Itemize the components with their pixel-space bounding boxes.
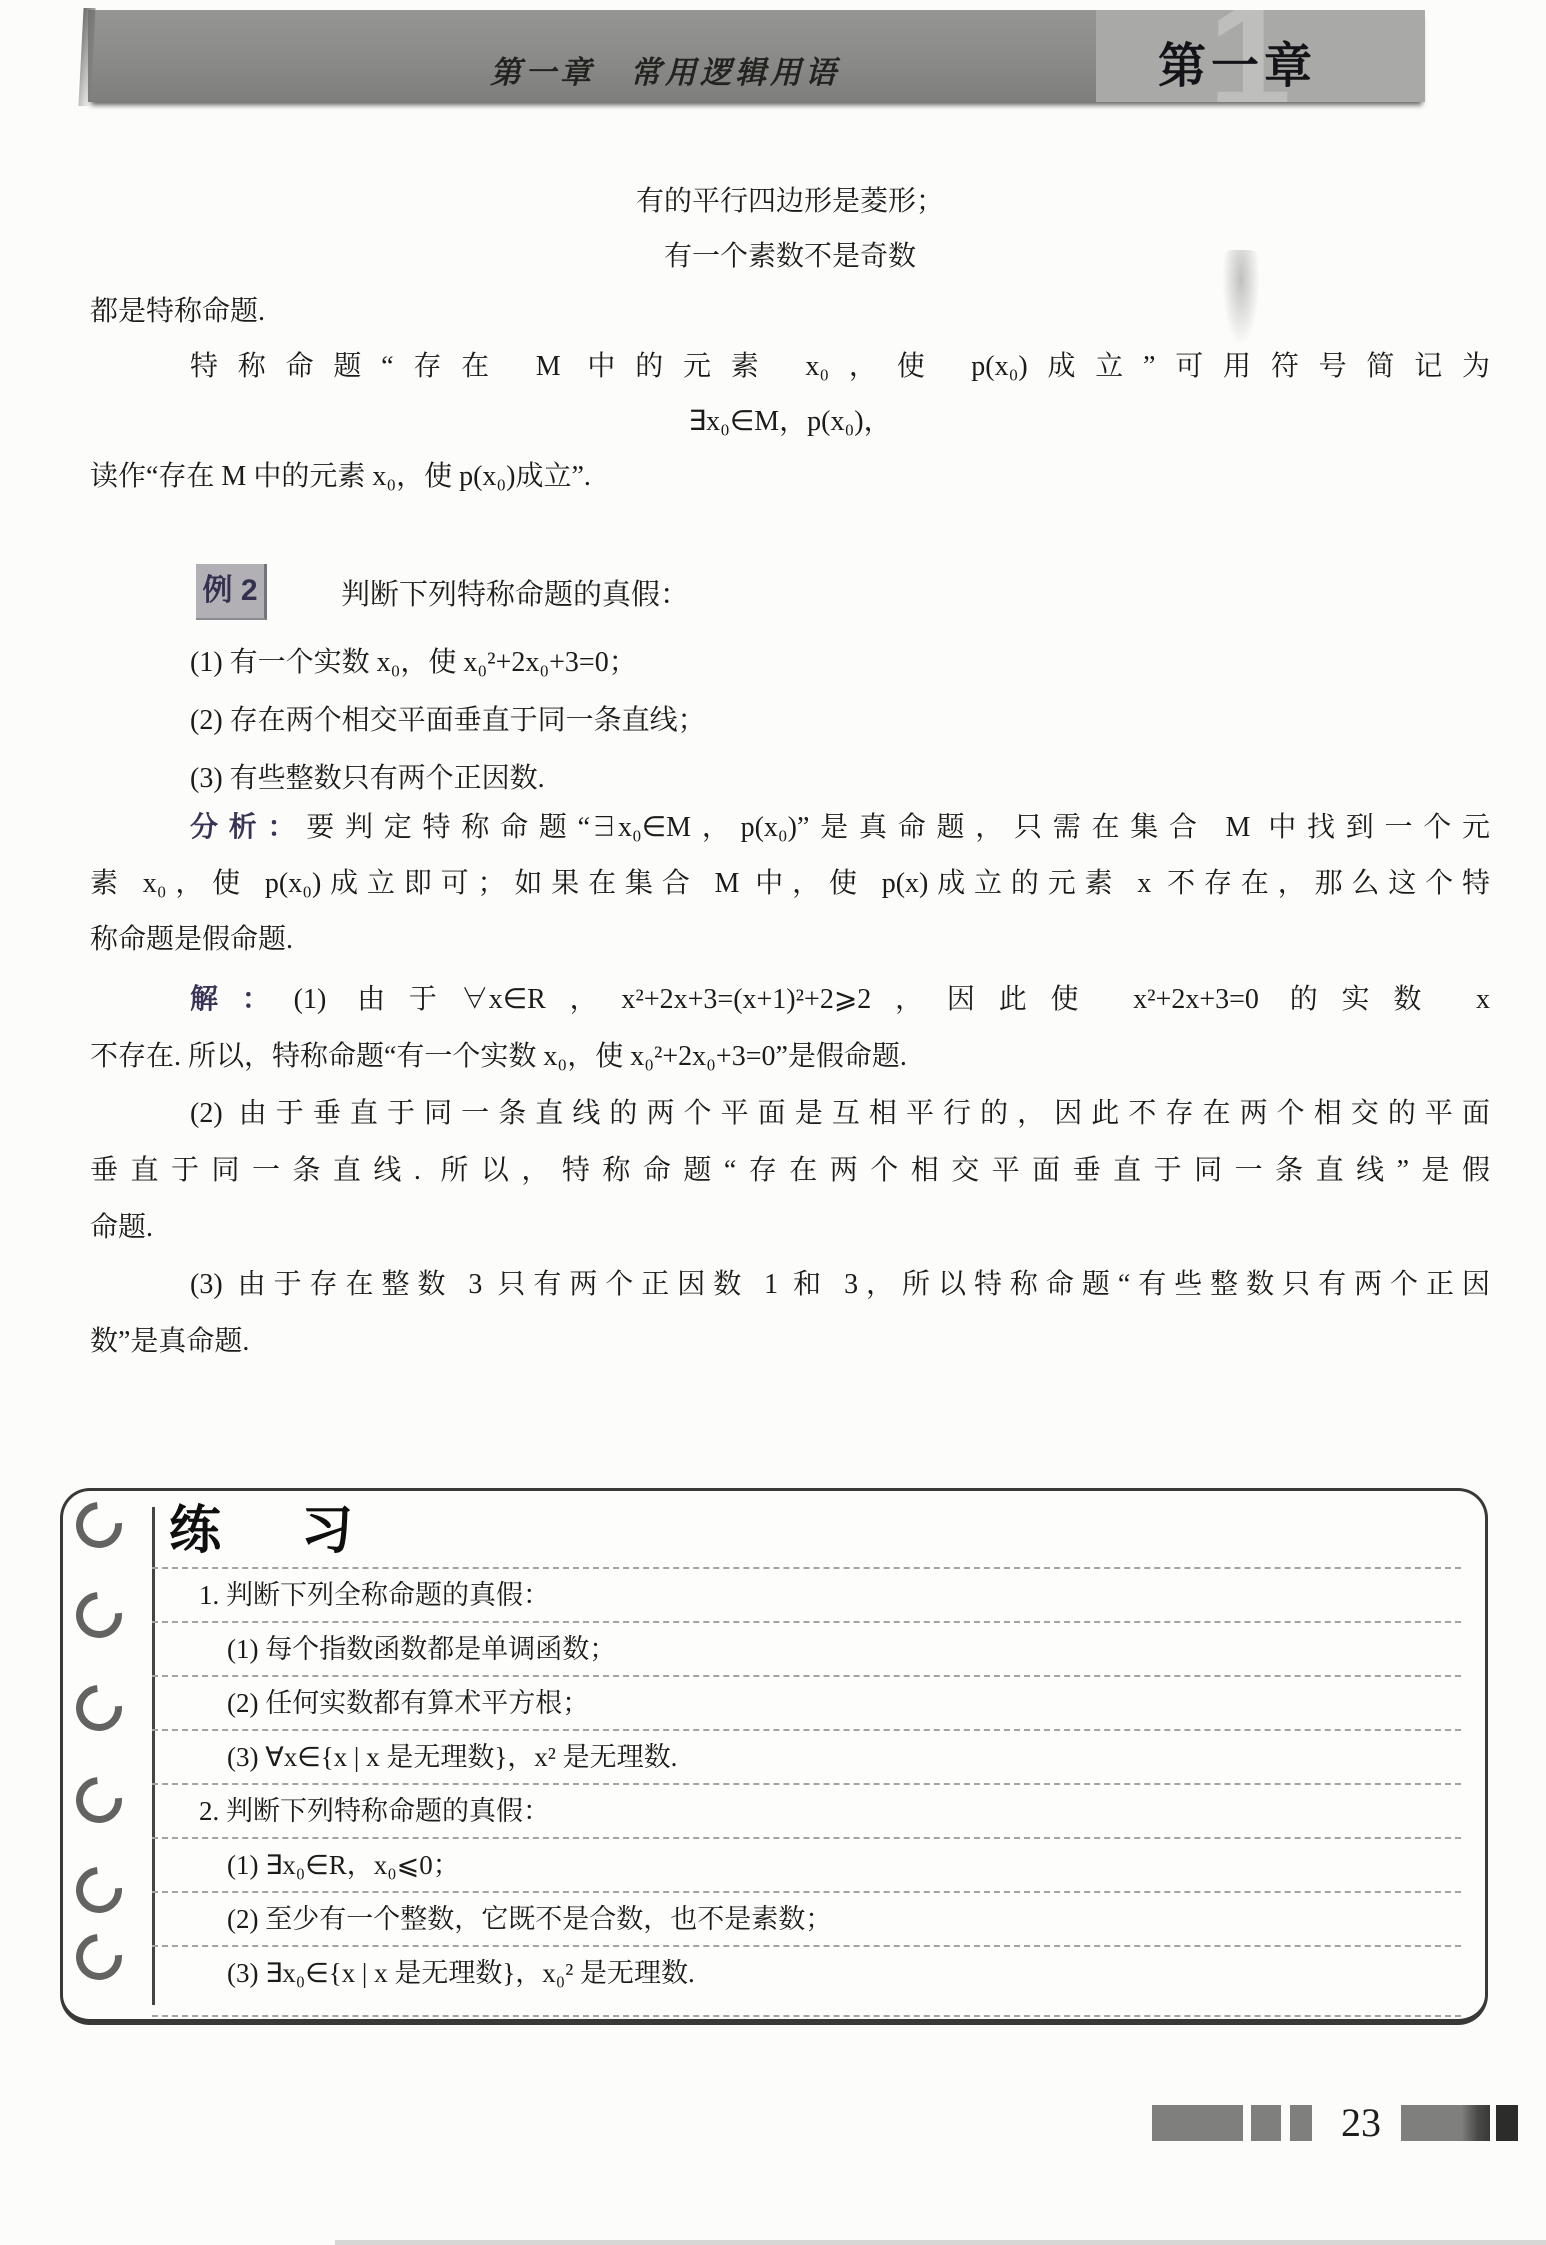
example-item-2: (2) 存在两个相交平面垂直于同一条直线； — [190, 692, 706, 750]
practice-margin-rule — [152, 1507, 155, 2005]
analysis-line-1: 分析：要判定特称命题“∃x₀∈M，p(x₀)”是真命题，只需在集合 M 中找到一… — [90, 800, 1490, 856]
footer-bar — [1496, 2105, 1518, 2141]
practice-row: (3) ∃x₀∈{x | x 是无理数}，x₀² 是无理数. — [169, 1947, 1461, 1999]
scan-edge-artifact — [335, 2240, 1546, 2245]
solution-line-3: (2) 由于垂直于同一条直线的两个平面是互相平行的，因此不存在两个相交的平面 — [90, 1085, 1490, 1142]
intro-paragraph: 有的平行四边形是菱形； 有一个素数不是奇数 都是特称命题. 特称命题“存在 M … — [90, 174, 1490, 504]
binder-hole-icon — [67, 1493, 132, 1558]
solution-text-1: (1) 由于∀x∈R，x²+2x+3=(x+1)²+2⩾2，因此使 x²+2x+… — [294, 984, 1490, 1015]
footer-bar — [1290, 2105, 1312, 2141]
solution-label: 解： — [190, 984, 294, 1015]
practice-row: (1) ∃x₀∈R，x₀⩽0； — [169, 1839, 1461, 1891]
centered-statement-2: 有一个素数不是奇数 — [90, 229, 1490, 284]
footer-bar — [1401, 2105, 1490, 2141]
intro-read-as: 读作“存在 M 中的元素 x₀，使 p(x₀)成立”. — [90, 449, 1490, 504]
analysis-label: 分析： — [190, 812, 306, 843]
practice-row: (2) 任何实数都有算术平方根； — [169, 1677, 1461, 1729]
chapter-tab: 1 第一章 — [1096, 10, 1425, 102]
practice-row: (3) ∀x∈{x | x 是无理数}，x² 是无理数. — [169, 1731, 1461, 1783]
symbolic-formula: ∃x₀∈M，p(x₀)， — [90, 394, 1490, 449]
solution-line-2: 不存在. 所以，特称命题“有一个实数 x₀，使 x₀²+2x₀+3=0”是假命题… — [90, 1028, 1490, 1085]
solution-line-6: (3) 由于存在整数 3 只有两个正因数 1 和 3，所以特称命题“有些整数只有… — [90, 1256, 1490, 1313]
practice-content: 练 习 1. 判断下列全称命题的真假： (1) 每个指数函数都是单调函数； (2… — [169, 1499, 1461, 2017]
analysis-text-1: 要判定特称命题“∃x₀∈M，p(x₀)”是真命题，只需在集合 M 中找到一个元 — [306, 812, 1490, 843]
chapter-header-bar: 第一章 常用逻辑用语 1 第一章 — [88, 10, 1425, 102]
footer-bar — [1251, 2105, 1281, 2141]
intro-after-statements: 都是特称命题. — [90, 284, 1490, 339]
practice-row: 2. 判断下列特称命题的真假： — [169, 1785, 1461, 1837]
intro-lead-line: 特称命题“存在 M 中的元素 x₀，使 p(x₀)成立”可用符号简记为 — [90, 339, 1490, 394]
practice-row: 1. 判断下列全称命题的真假： — [169, 1569, 1461, 1621]
ruled-line — [152, 2015, 1461, 2017]
solution-paragraph: 解：(1) 由于∀x∈R，x²+2x+3=(x+1)²+2⩾2，因此使 x²+2… — [90, 971, 1490, 1370]
example-prompt: 判断下列特称命题的真假： — [341, 572, 689, 613]
footer-decoration: 23 — [0, 2105, 1546, 2145]
solution-line-5: 命题. — [90, 1199, 1490, 1256]
practice-title: 练 习 — [169, 1499, 1461, 1567]
solution-line-7: 数”是真命题. — [90, 1313, 1490, 1370]
chapter-label: 第一章 — [1158, 27, 1317, 96]
centered-statement-1: 有的平行四边形是菱形； — [90, 174, 1490, 229]
binder-hole-icon — [67, 1676, 132, 1741]
practice-box: 练 习 1. 判断下列全称命题的真假： (1) 每个指数函数都是单调函数； (2… — [60, 1488, 1488, 2025]
analysis-line-3: 称命题是假命题. — [90, 912, 1490, 968]
solution-line-1: 解：(1) 由于∀x∈R，x²+2x+3=(x+1)²+2⩾2，因此使 x²+2… — [90, 971, 1490, 1028]
binder-hole-icon — [67, 1858, 132, 1923]
analysis-line-2: 素 x₀，使 p(x₀)成立即可；如果在集合 M 中，使 p(x)成立的元素 x… — [90, 856, 1490, 912]
analysis-paragraph: 分析：要判定特称命题“∃x₀∈M，p(x₀)”是真命题，只需在集合 M 中找到一… — [90, 800, 1490, 968]
practice-row: (1) 每个指数函数都是单调函数； — [169, 1623, 1461, 1675]
page-number: 23 — [1328, 2099, 1394, 2146]
running-title: 第一章 常用逻辑用语 — [490, 47, 840, 92]
binder-hole-icon — [67, 1768, 132, 1833]
binder-hole-icon — [67, 1583, 132, 1648]
example-item-list: (1) 有一个实数 x₀，使 x₀²+2x₀+3=0； (2) 存在两个相交平面… — [190, 634, 706, 808]
example-heading: 例 2 判断下列特称命题的真假： — [196, 563, 689, 621]
textbook-page: 第一章 常用逻辑用语 1 第一章 有的平行四边形是菱形； 有一个素数不是奇数 都… — [0, 0, 1546, 2245]
solution-line-4: 垂直于同一条直线. 所以，特称命题“存在两个相交平面垂直于同一条直线”是假 — [90, 1142, 1490, 1199]
example-badge: 例 2 — [196, 564, 267, 620]
example-item-1: (1) 有一个实数 x₀，使 x₀²+2x₀+3=0； — [190, 634, 706, 692]
footer-bar — [1152, 2105, 1243, 2141]
binder-hole-icon — [67, 1925, 132, 1990]
practice-row: (2) 至少有一个整数，它既不是合数，也不是素数； — [169, 1893, 1461, 1945]
